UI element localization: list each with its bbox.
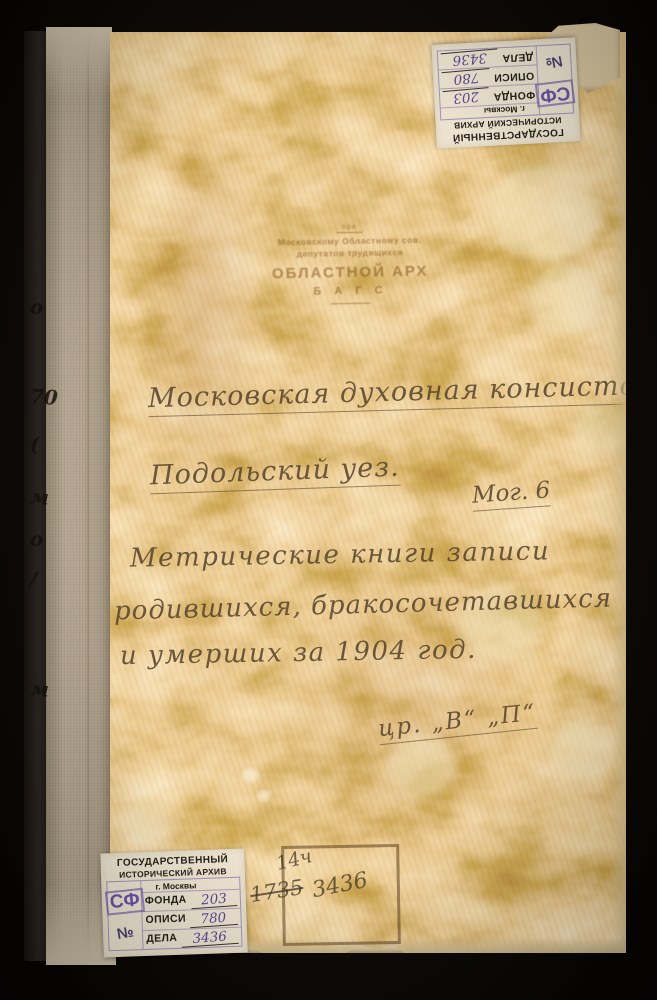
cover-stain: [528, 264, 604, 334]
marbled-cover: при Московскому Областному сов. депутато…: [110, 32, 626, 953]
fond-label: ФОНДА: [493, 85, 536, 104]
delo-label: ДЕЛА: [146, 930, 178, 948]
spine-mark: /: [29, 567, 38, 591]
fond-value: 203: [190, 891, 237, 909]
spine-mark: о: [29, 295, 44, 320]
opis-value: 780: [442, 68, 491, 87]
delo-value: 3436: [181, 929, 239, 948]
spine-mark: м: [29, 485, 49, 510]
label-fields: СФ № г. Москвы ФОНДА 203 ОПИСИ 780 ДЕЛА …: [106, 877, 242, 952]
faded-stamp-line: депутатов трудящихся: [270, 247, 430, 260]
spine-mark: (: [29, 432, 40, 456]
archival-book-cover: о 70 ( м о / м: [24, 27, 628, 965]
handwritten-book-number: Мог. 6: [471, 477, 551, 511]
spine-mark: о: [29, 527, 44, 552]
spine-mark: м: [29, 677, 49, 702]
cover-stain: [552, 720, 614, 778]
cover-stain: [258, 790, 270, 801]
handwritten-book-number-text: Мог. 6: [471, 477, 551, 511]
fond-value: 203: [443, 87, 490, 106]
cover-stain: [386, 734, 456, 798]
label-left-column: СФ №: [536, 45, 574, 115]
cover-stain: [490, 162, 602, 262]
spine-worn-top: [46, 27, 112, 97]
opis-label: ОПИСИ: [145, 911, 186, 929]
label-fields: СФ № г. Москвы ФОНДА 203 ОПИСИ 780 ДЕЛА …: [437, 44, 574, 121]
sf-stamp: СФ: [535, 79, 576, 107]
faded-stamp-line: при: [269, 223, 429, 233]
faded-stamp-line: Московскому Областному сов.: [270, 235, 430, 248]
faded-stamp-rule: [336, 232, 362, 233]
spine-mark: 70: [29, 384, 58, 409]
archive-label-bottom: ГОСУДАРСТВЕННЫЙ ИСТОРИЧЕСКИЙ АРХИВ СФ № …: [100, 849, 248, 958]
delo-value: 3436: [441, 48, 499, 68]
cover-stain: [242, 768, 258, 782]
opis-value: 780: [190, 910, 239, 928]
sf-stamp: СФ: [104, 888, 144, 916]
opis-label: ОПИСИ: [493, 67, 534, 86]
label-right-column: г. Москвы ФОНДА 203 ОПИСИ 780 ДЕЛА 3436: [438, 46, 539, 119]
cover-stain: [124, 802, 174, 848]
delo-field: ДЕЛА 3436: [143, 927, 242, 949]
handwritten-desc-line3: и умерших за 1904 год.: [120, 635, 477, 671]
fond-label: ФОНДА: [145, 892, 187, 910]
worn-edge-right: [611, 32, 626, 953]
numero-sign: №: [544, 52, 564, 72]
label-left-column: СФ №: [107, 881, 143, 950]
faded-archive-stamp: при Московскому Областному сов. депутато…: [269, 223, 430, 306]
archive-label-top: ГОСУДАРСТВЕННЫЙ ИСТОРИЧЕСКИЙ АРХИВ СФ № …: [431, 37, 580, 148]
faded-stamp-line: ОБЛАСТНОЙ АРХ: [270, 263, 430, 283]
label-right-column: г. Москвы ФОНДА 203 ОПИСИ 780 ДЕЛА 3436: [141, 878, 241, 949]
faded-stamp-line: Б А Г С: [270, 284, 430, 299]
delo-label: ДЕЛА: [502, 48, 534, 67]
numero-sign: №: [116, 924, 135, 944]
book-spine: [46, 27, 112, 965]
